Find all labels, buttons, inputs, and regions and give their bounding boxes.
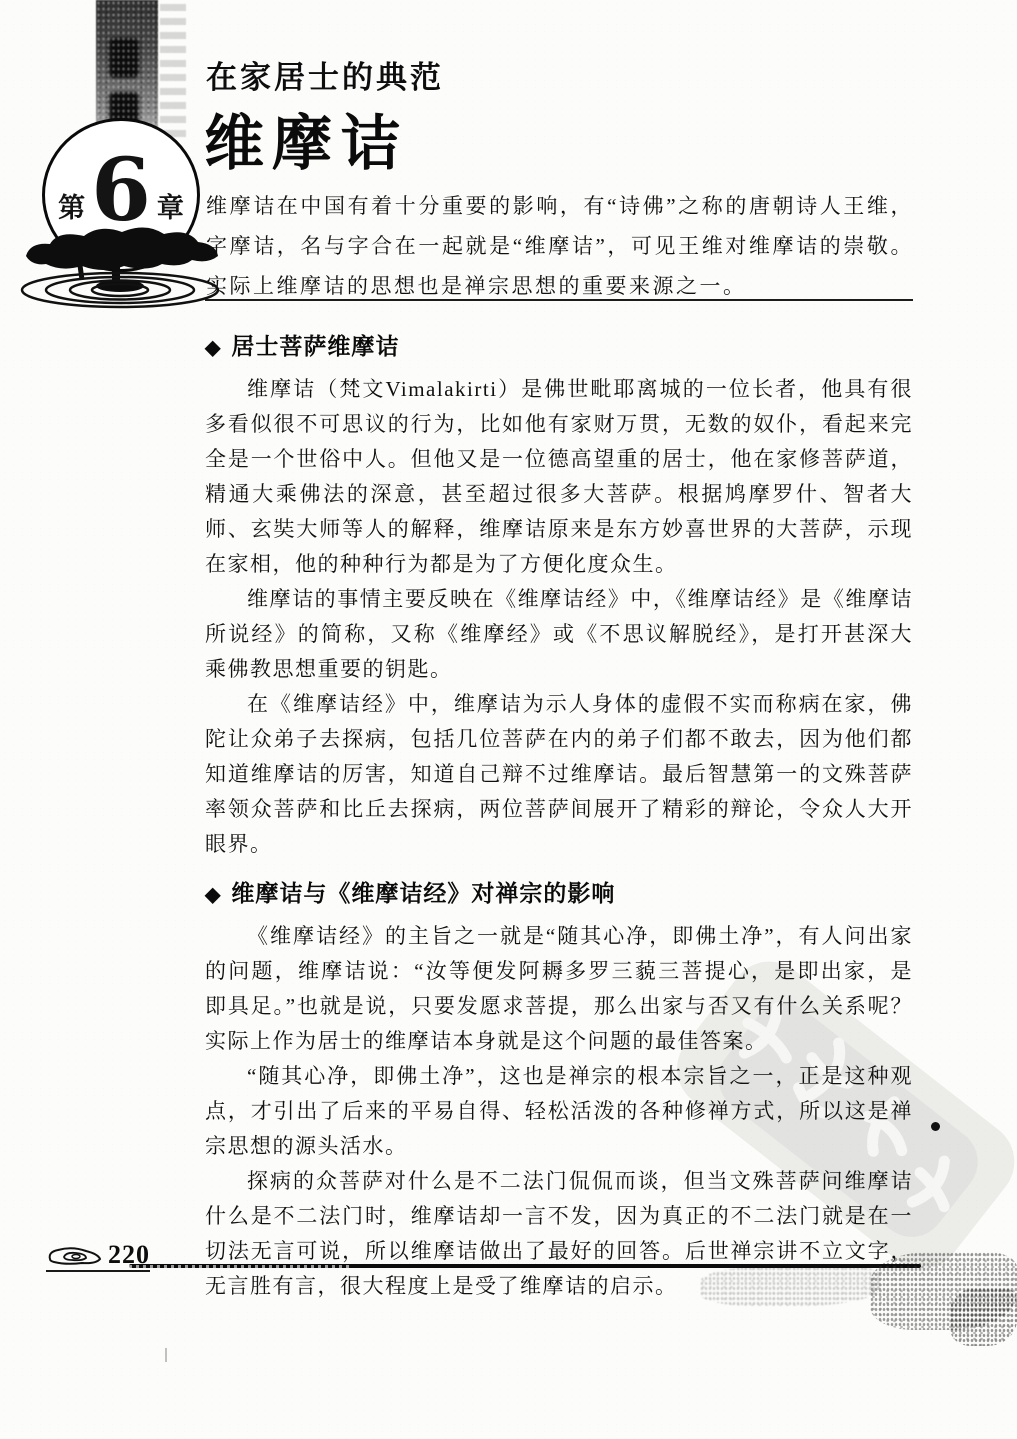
paragraph: 探病的众菩萨对什么是不二法门侃侃而谈，但当文殊菩萨问维摩诘什么是不二法门时，维摩… [205,1164,913,1304]
section-heading-2-label: 维摩诘与《维摩诘经》对禅宗的影响 [231,880,615,906]
page-footer: 220 [46,1242,150,1272]
cloud-swirl-icon [46,1242,104,1268]
header-divider [205,299,913,301]
chapter-subtitle: 在家居士的典范 [206,52,444,97]
chapter-suffix: 章 [157,186,184,225]
page-number: 220 [108,1242,150,1268]
chapter-intro: 维摩诘在中国有着十分重要的影响，有“诗佛”之称的唐朝诗人王维，字摩诘，名与字合在… [206,186,914,306]
scan-noise-patch [950,1288,1017,1346]
paragraph: 维摩诘（梵文Vimalakirti）是佛世毗耶离城的一位长者，他具有很多看似很不… [205,372,913,582]
ink-dot-artifact [931,1122,940,1131]
tree-over-water-icon [12,222,232,314]
paragraph: 《维摩诘经》的主旨之一就是“随其心净，即佛土净”，有人问出家的问题，维摩诘说：“… [205,919,913,1059]
book-page: 第 6 章 在家居士的典范 维摩诘 维摩诘在中国有着十分重要的影响，有“诗佛”之… [0,0,1017,973]
tab-side-marks [160,4,186,144]
tab-ink-blob [109,38,139,78]
diamond-bullet-icon: ◆ [205,884,221,906]
paragraph: 在《维摩诘经》中，维摩诘为示人身体的虚假不实而称病在家，佛陀让众弟子去探病，包括… [205,687,913,862]
diamond-bullet-icon: ◆ [205,337,221,359]
section-heading-1-label: 居士菩萨维摩诘 [231,333,399,359]
chapter-prefix: 第 [58,186,85,225]
paragraph: “随其心净，即佛土净”，这也是禅宗的根本宗旨之一，正是这种观点，才引出了后来的平… [205,1059,913,1164]
body-text-column: ◆居士菩萨维摩诘 维摩诘（梵文Vimalakirti）是佛世毗耶离城的一位长者，… [205,331,913,1304]
section-heading-1: ◆居士菩萨维摩诘 [205,331,913,363]
paragraph: 维摩诘的事情主要反映在《维摩诘经》中，《维摩诘经》是《维摩诘所说经》的简称，又称… [205,582,913,687]
page-title: 维摩诘 [204,96,408,182]
section-heading-2: ◆维摩诘与《维摩诘经》对禅宗的影响 [205,878,913,910]
scan-dash-artifact [165,1348,167,1362]
